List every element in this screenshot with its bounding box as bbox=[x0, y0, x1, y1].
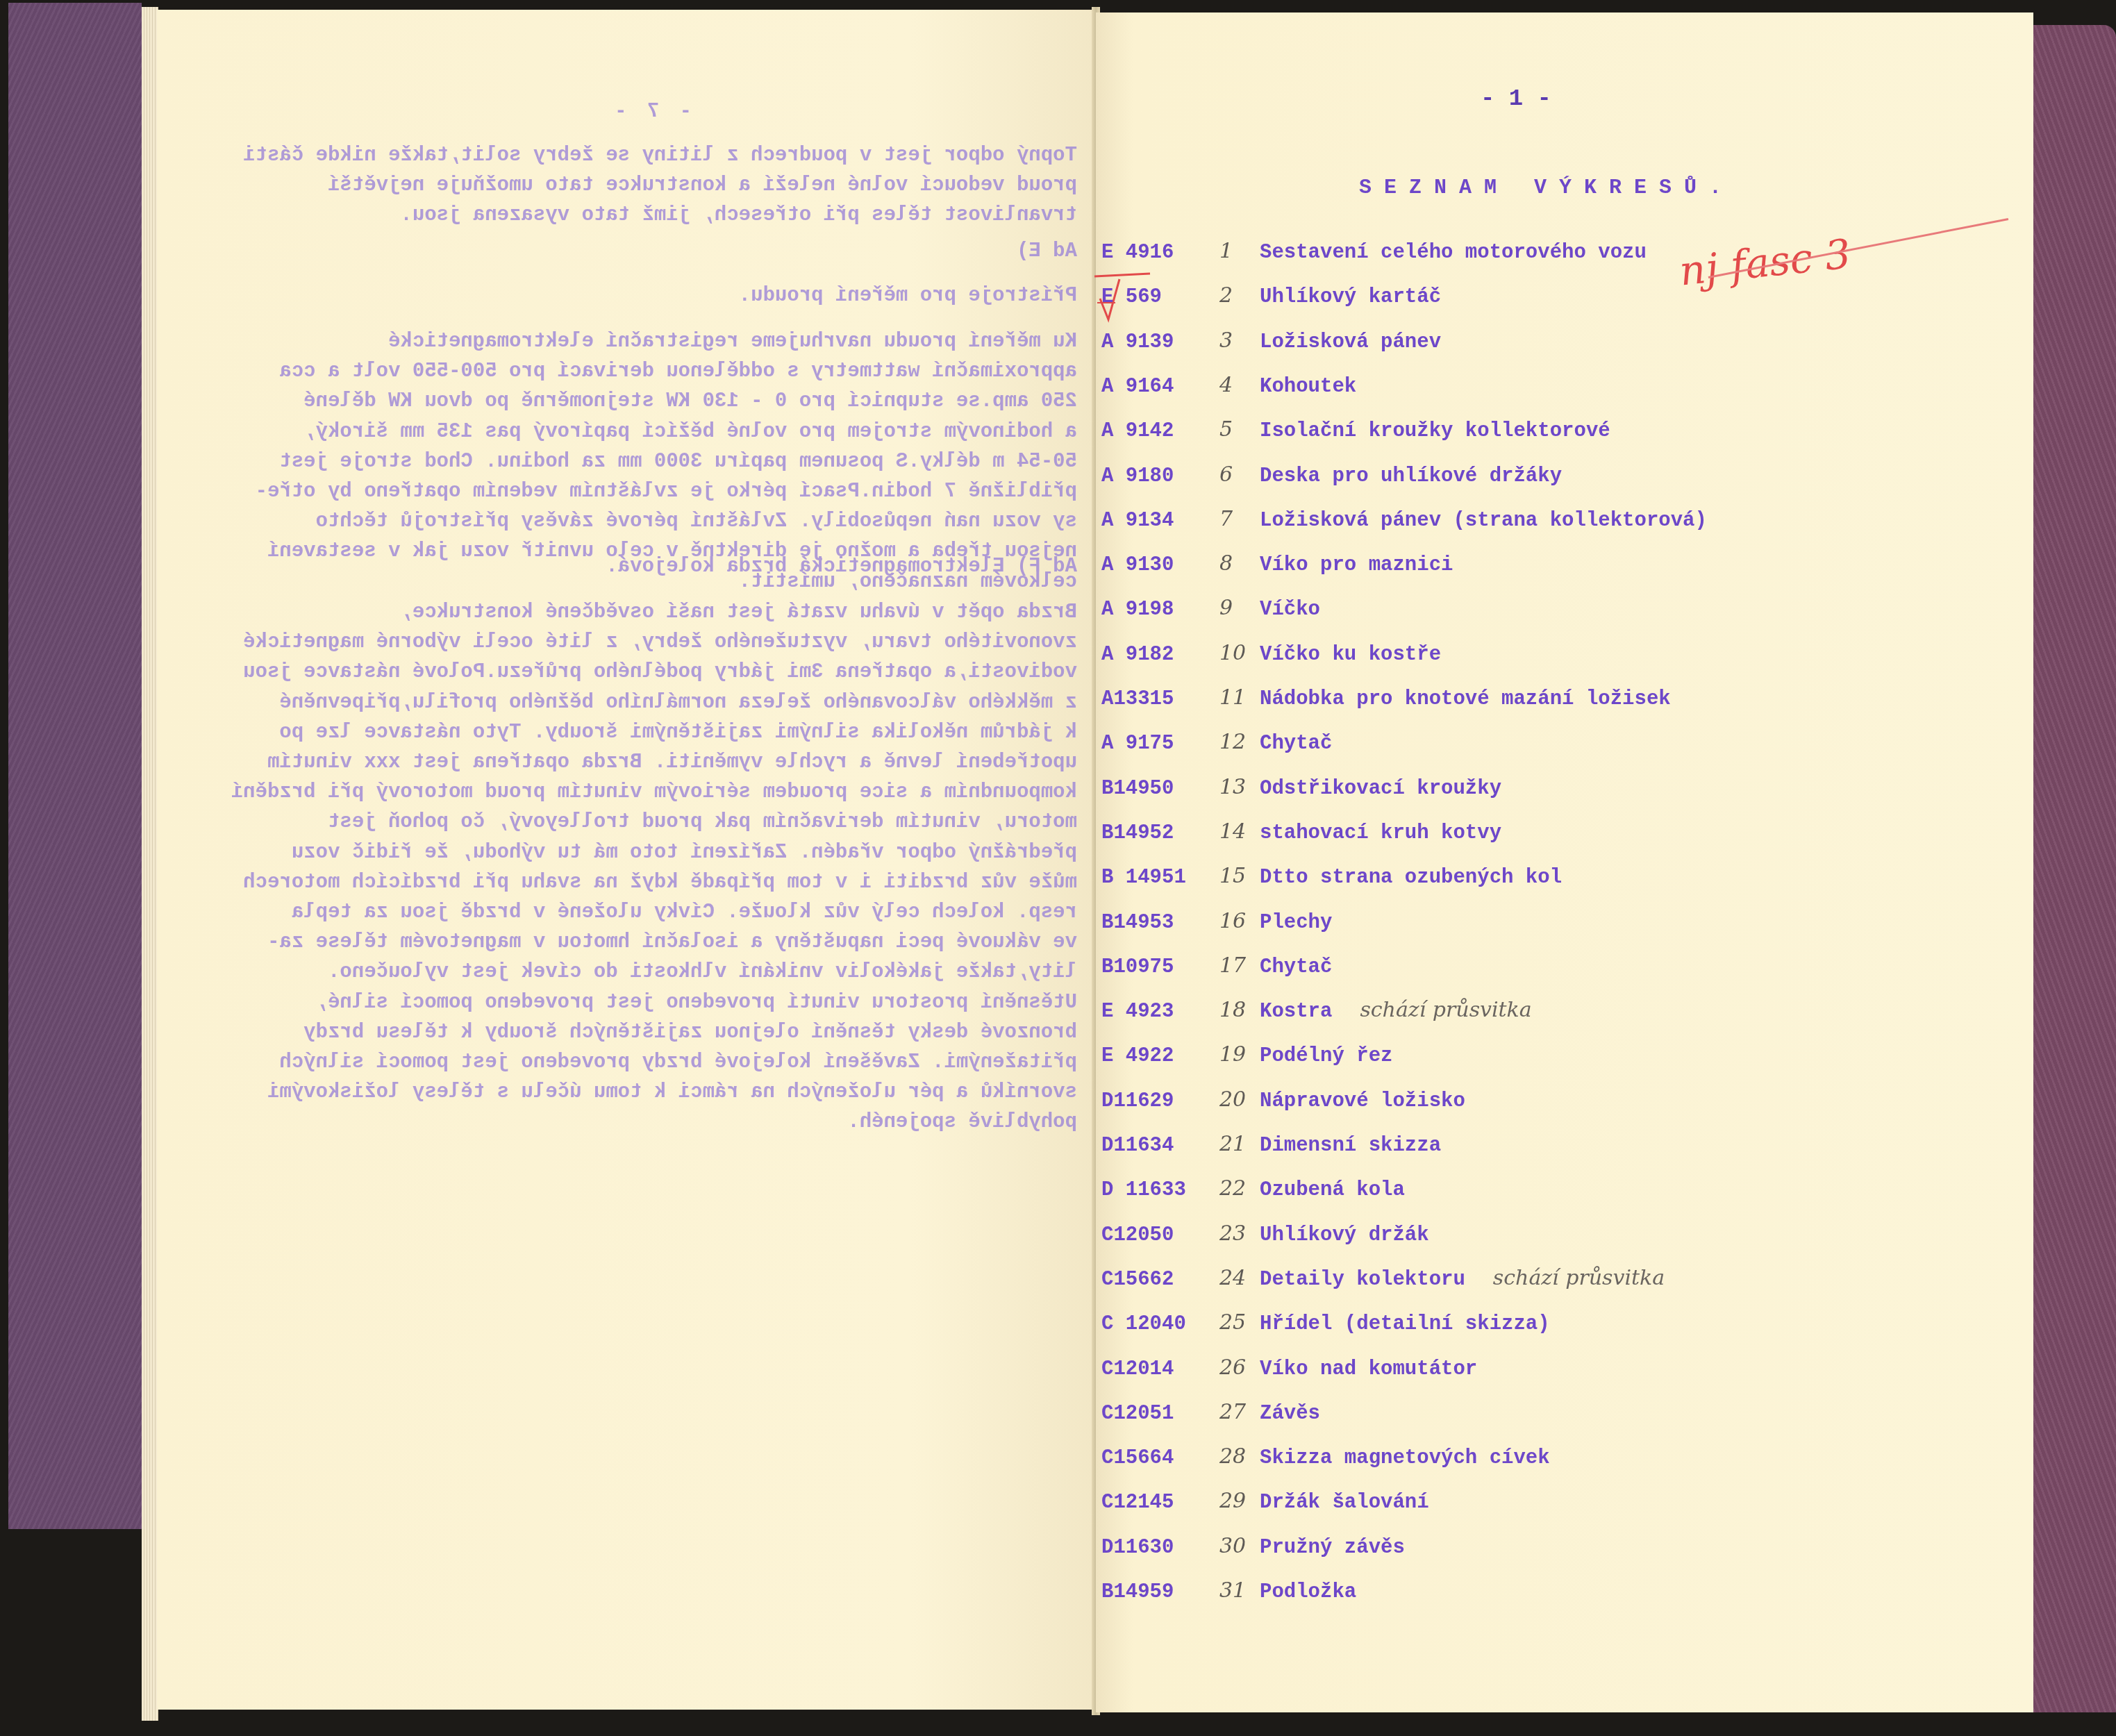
drawing-description: Sestavení celého motorového vozu bbox=[1260, 241, 1647, 264]
list-item: A 91308Víko pro maznici bbox=[1101, 551, 1453, 579]
handwritten-number: 14 bbox=[1219, 819, 1260, 844]
drawing-code: D11630 bbox=[1101, 1536, 1219, 1559]
drawing-description: Chytač bbox=[1260, 955, 1332, 978]
handwritten-note: schází průsvitka bbox=[1493, 1266, 1665, 1290]
drawing-code: A 9139 bbox=[1101, 331, 1219, 353]
drawing-description: Podložka bbox=[1260, 1580, 1356, 1603]
drawing-description: Kohoutek bbox=[1260, 375, 1356, 398]
text-line: upotřebení levně a rychle vyměniti. Brzd… bbox=[181, 747, 1077, 777]
list-item: C1205127Závěs bbox=[1101, 1400, 1320, 1428]
drawing-code: D 11633 bbox=[1101, 1178, 1219, 1201]
drawing-description: Dtto strana ozubených kol bbox=[1260, 866, 1562, 889]
drawing-description: Deska pro uhlíkové držáky bbox=[1260, 465, 1562, 487]
text-line: resp. kolech celý vůz klouže. Cívky ulož… bbox=[181, 897, 1077, 927]
handwritten-number: 12 bbox=[1219, 730, 1260, 754]
handwritten-number: 20 bbox=[1219, 1087, 1260, 1112]
handwritten-number: 1 bbox=[1219, 239, 1260, 263]
drawing-code: B10975 bbox=[1101, 955, 1219, 978]
handwritten-number: 8 bbox=[1219, 551, 1260, 576]
drawing-code: C15664 bbox=[1101, 1446, 1219, 1469]
list-item: D1162920Nápravové ložisko bbox=[1101, 1087, 1465, 1115]
section-e-title: Přístroje pro měření proudu. bbox=[739, 281, 1077, 310]
drawing-code: E 569 bbox=[1101, 285, 1219, 308]
drawing-code: A 9198 bbox=[1101, 598, 1219, 621]
text-line: lity,takže jakékoliv vnikání vlhkosti do… bbox=[181, 957, 1077, 987]
text-line: z měkkého válcovaného železa normálního … bbox=[181, 687, 1077, 717]
text-line: bronzové desky těsnění olejnou zajištěný… bbox=[181, 1017, 1077, 1047]
list-item: D1163421Dimensní skizza bbox=[1101, 1132, 1441, 1160]
text-line: vodivosti,a opatřena 3mi jádry podélného… bbox=[181, 657, 1077, 687]
left-page-number: - 7 - bbox=[610, 97, 692, 126]
drawing-description: Ložisková pánev (strana kollektorová) bbox=[1260, 509, 1707, 532]
drawing-code: C12050 bbox=[1101, 1224, 1219, 1246]
handwritten-number: 18 bbox=[1219, 998, 1260, 1022]
section-f-title: Ad F) Elektromagnetická brzda kolejová. bbox=[606, 551, 1077, 581]
list-item: C1214529Držák šalování bbox=[1101, 1489, 1429, 1517]
page-stack-edge bbox=[142, 7, 158, 1721]
list-item: E 492219Podélný řez bbox=[1101, 1042, 1392, 1070]
drawing-code: A 9175 bbox=[1101, 732, 1219, 755]
drawing-code: B 14951 bbox=[1101, 866, 1219, 889]
drawing-code: A 9164 bbox=[1101, 375, 1219, 398]
text-line: zvonovitého tvaru, vyztuženého žebry, z … bbox=[181, 627, 1077, 657]
drawing-code: D11634 bbox=[1101, 1134, 1219, 1157]
section-e-label: Ad E) bbox=[1017, 236, 1077, 266]
handwritten-number: 10 bbox=[1219, 641, 1260, 665]
handwritten-number: 2 bbox=[1219, 283, 1260, 308]
drawing-description: Držák šalování bbox=[1260, 1491, 1429, 1514]
drawing-code: A 9130 bbox=[1101, 553, 1219, 576]
list-item: B1495931Podložka bbox=[1101, 1578, 1356, 1606]
text-line: může vůz brzditi i v tom případě když na… bbox=[181, 867, 1077, 897]
list-item: C1205023Uhlíkový držák bbox=[1101, 1221, 1429, 1249]
handwritten-number: 30 bbox=[1219, 1534, 1260, 1558]
handwritten-number: 19 bbox=[1219, 1042, 1260, 1067]
drawing-description: Uhlíkový kartáč bbox=[1260, 285, 1441, 308]
list-item: A 91806Deska pro uhlíkové držáky bbox=[1101, 462, 1562, 490]
drawing-description: Nádobka pro knotové mazání ložisek bbox=[1260, 687, 1671, 710]
handwritten-number: 9 bbox=[1219, 596, 1260, 620]
drawing-description: Závěs bbox=[1260, 1402, 1320, 1425]
drawing-description: Plechy bbox=[1260, 911, 1332, 934]
mirrored-text-layer: - 7 - Topný odpor jest v poudrech z liti… bbox=[157, 10, 1098, 1710]
drawing-code: A13315 bbox=[1101, 687, 1219, 710]
drawing-code: B14959 bbox=[1101, 1580, 1219, 1603]
text-line: trvanlivost těles při otřesech, jimž tat… bbox=[181, 200, 1077, 230]
handwritten-number: 28 bbox=[1219, 1444, 1260, 1469]
text-line: k jádrům několika silnými zajištěnými šr… bbox=[181, 717, 1077, 747]
drawing-description: Nápravové ložisko bbox=[1260, 1090, 1465, 1112]
drawing-description: Podélný řez bbox=[1260, 1044, 1392, 1067]
handwritten-note: schází průsvitka bbox=[1360, 998, 1531, 1022]
book-cover-left bbox=[8, 3, 142, 1529]
drawing-description: Skizza magnetových cívek bbox=[1260, 1446, 1550, 1469]
drawing-code: C15662 bbox=[1101, 1268, 1219, 1291]
drawing-description: Ložisková pánev bbox=[1260, 331, 1441, 353]
text-line: ve vákuové peci napuštěny a isolační hmo… bbox=[181, 927, 1077, 957]
list-item: A 91347Ložisková pánev (strana kollektor… bbox=[1101, 507, 1707, 535]
list-item: E 492318Kostraschází průsvitka bbox=[1101, 998, 1532, 1026]
list-item: C1201426Víko nad komutátor bbox=[1101, 1355, 1477, 1383]
text-line: Ku měření proudu navrhujeme registrační … bbox=[181, 326, 1077, 356]
text-line: approximační wattmetry s oddělenou deriv… bbox=[181, 356, 1077, 386]
text-line: předrážný odpor vřadén. Zařízení toto má… bbox=[181, 837, 1077, 867]
handwritten-number: 27 bbox=[1219, 1400, 1260, 1424]
drawing-description: Uhlíkový držák bbox=[1260, 1224, 1429, 1246]
drawing-code: C12051 bbox=[1101, 1402, 1219, 1425]
text-line: 250 amp.se stupnicí pro 0 - 130 KW stejn… bbox=[181, 386, 1077, 416]
text-line: přibližně 7 hodin.Psací pérko je zvláštn… bbox=[181, 476, 1077, 506]
drawing-description: Víko pro maznici bbox=[1260, 553, 1453, 576]
handwritten-number: 24 bbox=[1219, 1266, 1260, 1290]
drawing-description: Víčko ku kostře bbox=[1260, 643, 1441, 666]
drawing-description: Ozubená kola bbox=[1260, 1178, 1405, 1201]
drawing-code: A 9182 bbox=[1101, 643, 1219, 666]
drawing-code: E 4922 bbox=[1101, 1044, 1219, 1067]
handwritten-number: 31 bbox=[1219, 1578, 1260, 1603]
handwritten-number: 15 bbox=[1219, 864, 1260, 888]
handwritten-number: 13 bbox=[1219, 775, 1260, 799]
list-item: A1331511Nádobka pro knotové mazání ložis… bbox=[1101, 685, 1671, 713]
drawing-description: Kostra bbox=[1260, 1000, 1332, 1023]
handwritten-number: 5 bbox=[1219, 417, 1260, 442]
drawing-description: Detaily kolektoru bbox=[1260, 1268, 1465, 1291]
text-line: kompoundním a sice proudem sériovým vinu… bbox=[181, 777, 1077, 807]
text-line: sy vozu nań nepůsobily. Zvláštní pérové … bbox=[181, 506, 1077, 536]
left-page: - 7 - Topný odpor jest v poudrech z liti… bbox=[157, 10, 1098, 1710]
list-item: C1566224Detaily kolektoruschází průsvitk… bbox=[1101, 1266, 1665, 1294]
text-line: pohyblivě spojenéh. bbox=[181, 1107, 1077, 1137]
list-item: B 1495115Dtto strana ozubených kol bbox=[1101, 864, 1562, 892]
handwritten-number: 25 bbox=[1219, 1310, 1260, 1335]
list-item: D 1163322Ozubená kola bbox=[1101, 1176, 1405, 1204]
list-item: C1566428Skizza magnetových cívek bbox=[1101, 1444, 1550, 1472]
drawing-code: A 9134 bbox=[1101, 509, 1219, 532]
list-item: A 917512Chytač bbox=[1101, 730, 1332, 758]
text-line: přitaženými. Zavěšení kolejové brzdy pro… bbox=[181, 1047, 1077, 1077]
drawing-description: Chytač bbox=[1260, 732, 1332, 755]
text-line: motoru, vinutím derivačním pak proud tro… bbox=[181, 807, 1077, 837]
text-line: svorníků a pér uložených na rámci k tomu… bbox=[181, 1077, 1077, 1107]
drawing-description: Víčko bbox=[1260, 598, 1320, 621]
list-item: B1495316Plechy bbox=[1101, 909, 1332, 937]
list-item: B1495214stahovací kruh kotvy bbox=[1101, 819, 1501, 847]
left-paragraph-1: Topný odpor jest v poudrech z litiny se … bbox=[181, 140, 1077, 231]
drawing-description: Dimensní skizza bbox=[1260, 1134, 1441, 1157]
left-paragraph-3: Brzda opět v úvahu vzatá jest naší osvěd… bbox=[181, 597, 1077, 1137]
text-line: Utěsnění prostoru vinutí provedeno jest … bbox=[181, 987, 1077, 1017]
list-item: D1163030Pružný závěs bbox=[1101, 1534, 1405, 1562]
text-line: 50-54 m délky.S posunem papíru 3000 mm z… bbox=[181, 446, 1077, 476]
drawing-description: Víko nad komutátor bbox=[1260, 1358, 1477, 1380]
handwritten-number: 22 bbox=[1219, 1176, 1260, 1201]
drawing-code: C12145 bbox=[1101, 1491, 1219, 1514]
handwritten-number: 6 bbox=[1219, 462, 1260, 487]
list-item: A 91425Isolační kroužky kollektorové bbox=[1101, 417, 1610, 445]
handwritten-number: 29 bbox=[1219, 1489, 1260, 1513]
drawing-code: D11629 bbox=[1101, 1090, 1219, 1112]
text-line: Topný odpor jest v poudrech z litiny se … bbox=[181, 140, 1077, 170]
list-item: B1097517Chytač bbox=[1101, 953, 1332, 981]
right-page-number: - 1 - bbox=[1481, 86, 1551, 112]
drawing-description: Odstřikovací kroužky bbox=[1260, 777, 1501, 800]
list-item: A 918210Víčko ku kostře bbox=[1101, 641, 1441, 669]
list-item: E 49161Sestavení celého motorového vozu bbox=[1101, 239, 1647, 267]
handwritten-number: 11 bbox=[1219, 685, 1260, 710]
drawing-code: A 9142 bbox=[1101, 419, 1219, 442]
drawing-description: Pružný závěs bbox=[1260, 1536, 1405, 1559]
drawing-code: B14953 bbox=[1101, 911, 1219, 934]
handwritten-number: 16 bbox=[1219, 909, 1260, 933]
handwritten-number: 26 bbox=[1219, 1355, 1260, 1380]
handwritten-number: 21 bbox=[1219, 1132, 1260, 1156]
handwritten-number: 7 bbox=[1219, 507, 1260, 531]
list-item: C 1204025Hřídel (detailní skizza) bbox=[1101, 1310, 1550, 1338]
drawing-description: Hřídel (detailní skizza) bbox=[1260, 1312, 1550, 1335]
handwritten-number: 23 bbox=[1219, 1221, 1260, 1246]
drawing-description: stahovací kruh kotvy bbox=[1260, 821, 1501, 844]
list-item: A 91644Kohoutek bbox=[1101, 373, 1356, 401]
text-line: proud vedoucí volné neleží a konstrukce … bbox=[181, 170, 1077, 200]
book-cover-right bbox=[2033, 25, 2116, 1712]
drawing-code: E 4916 bbox=[1101, 241, 1219, 264]
list-item: E 5692Uhlíkový kartáč bbox=[1101, 283, 1441, 311]
drawing-code: B14950 bbox=[1101, 777, 1219, 800]
handwritten-number: 4 bbox=[1219, 373, 1260, 397]
drawing-code: C12014 bbox=[1101, 1358, 1219, 1380]
page-title: SEZNAM VÝKRESŮ. bbox=[1359, 176, 1734, 200]
list-item: A 91989Víčko bbox=[1101, 596, 1320, 624]
handwritten-number: 17 bbox=[1219, 953, 1260, 978]
text-line: a hodinovým strojem pro volné běžící pap… bbox=[181, 417, 1077, 446]
drawing-code: E 4923 bbox=[1101, 1000, 1219, 1023]
text-line: Brzda opět v úvahu vzatá jest naší osvěd… bbox=[181, 597, 1077, 627]
drawing-description: Isolační kroužky kollektorové bbox=[1260, 419, 1610, 442]
drawing-code: A 9180 bbox=[1101, 465, 1219, 487]
handwritten-number: 3 bbox=[1219, 328, 1260, 353]
drawing-code: B14952 bbox=[1101, 821, 1219, 844]
list-item: A 91393Ložisková pánev bbox=[1101, 328, 1441, 356]
drawing-code: C 12040 bbox=[1101, 1312, 1219, 1335]
list-item: B1495013Odstřikovací kroužky bbox=[1101, 775, 1501, 803]
